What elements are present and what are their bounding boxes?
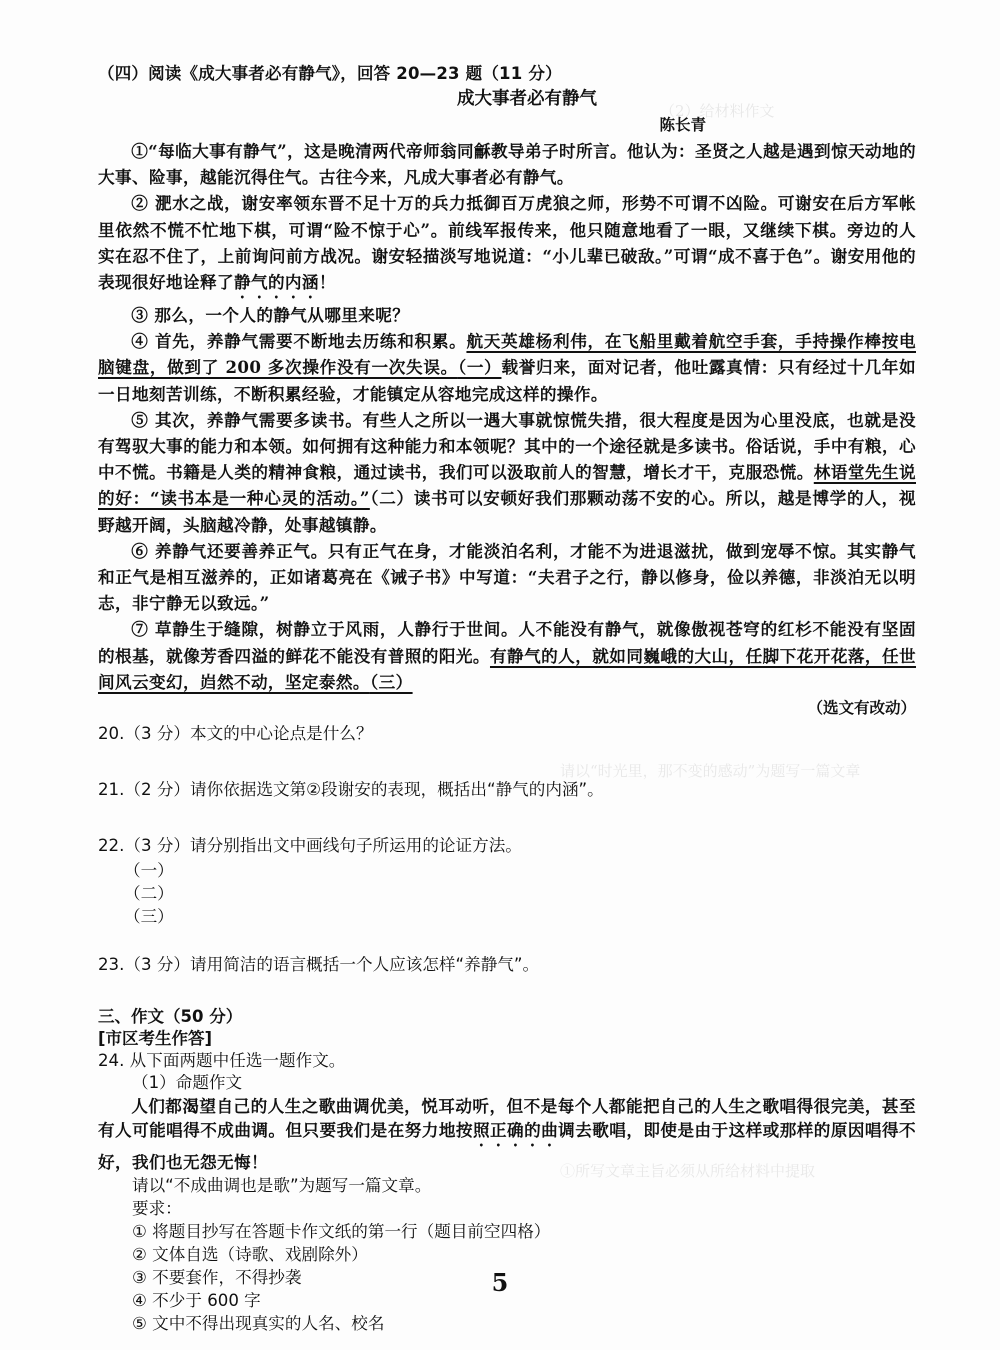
article-paragraph-7: ⑦ 草静生于缝隙，树静立于风雨，人静行于世间。人不能没有静气，就像傲视苍穹的红杉… (98, 616, 916, 695)
article-paragraph-3: ③ 那么，一个人的静气从哪里来呢？ (98, 302, 916, 328)
exam-page: （2）给材料作文 请以“时光里，那不变的感动”为题写一篇文章 ①所写文章主旨必须… (0, 0, 1000, 1350)
question-22-blank-1: （一） (124, 859, 916, 882)
article-title: 成大事者必有静气 (98, 86, 916, 112)
article-author: 陈长青 (98, 112, 916, 138)
blank-marker-3: （三） (370, 672, 413, 692)
article-paragraph-4: ④ 首先，养静气需要不断地去历练和积累。航天英雄杨利伟，在飞船里戴着航空手套，手… (98, 328, 916, 407)
essay-audience: [市区考生作答] (98, 1028, 916, 1050)
requirement-5: ⑤ 文中不得出现真实的人名、校名 (132, 1312, 916, 1335)
article-paragraph-5: ⑤ 其次，养静气需要多读书。有些人之所以一遇大事就惊慌失措，很大程度是因为心里没… (98, 407, 916, 538)
question-22-blank-3: （三） (124, 905, 916, 928)
question-22: 22.（3 分）请分别指出文中画线句子所运用的论证方法。 (98, 833, 916, 859)
article-paragraph-1: ①“每临大事有静气”，这是晚清两代帝师翁同龢教导弟子时所言。他认为：圣贤之人越是… (98, 138, 916, 190)
emphasized-phrase: 静气的内涵 (234, 272, 319, 292)
paragraph-text: ④ 首先，养静气需要不断地去历练和积累。 (131, 331, 466, 351)
answer-space (98, 803, 916, 833)
reading-section-heading: （四）阅读《成大事者必有静气》，回答 20—23 题（11 分） (98, 62, 916, 86)
paragraph-text: ⑤ 其次，养静气需要多读书。有些人之所以一遇大事就惊慌失措，很大程度是因为心里没… (98, 410, 916, 482)
question-21: 21.（2 分）请你依据选文第②段谢安的表现，概括出“静气的内涵”。 (98, 777, 916, 803)
essay-option-1-label: （1）命题作文 (132, 1072, 916, 1094)
article-paragraph-2: ② 淝水之战，谢安率领东晋不足十万的兵力抵御百万虎狼之师，形势不可谓不凶险。可谢… (98, 190, 916, 302)
answer-space (98, 747, 916, 777)
emphasized-phrase: 照正确的曲 (473, 1120, 558, 1140)
requirements-label: 要求： (132, 1197, 916, 1220)
blank-marker-2: （二） (370, 488, 414, 508)
paragraph-text: ② 淝水之战，谢安率领东晋不足十万的兵力抵御百万虎狼之师，形势不可谓不凶险。可谢… (98, 193, 916, 292)
essay-prompt: 人们都渴望自己的人生之歌曲调优美，悦耳动听，但不是每个人都能把自己的人生之歌唱得… (98, 1094, 916, 1174)
essay-instruction: 请以“不成曲调也是歌”为题写一篇文章。 (132, 1174, 916, 1197)
adaptation-note: （选文有改动） (98, 695, 916, 721)
exam-content: （四）阅读《成大事者必有静气》，回答 20—23 题（11 分） 成大事者必有静… (98, 62, 916, 1335)
article-paragraph-6: ⑥ 养静气还要善养正气。只有正气在身，才能淡泊名利，才能不为进退滋扰，做到宠辱不… (98, 538, 916, 617)
answer-space (98, 928, 916, 952)
blank-marker-1: （一） (458, 357, 502, 377)
requirement-2: ② 文体自选（诗歌、戏剧除外） (132, 1243, 916, 1266)
essay-section-title: 三、作文（50 分） (98, 1006, 916, 1028)
paragraph-text: ！ (319, 272, 336, 292)
question-22-blank-2: （二） (124, 882, 916, 905)
requirement-1: ① 将题目抄写在答题卡作文纸的第一行（题目前空四格） (132, 1220, 916, 1243)
question-20: 20.（3 分）本文的中心论点是什么？ (98, 721, 916, 747)
page-number: 5 (0, 1268, 1000, 1297)
question-24: 24. 从下面两题中任选一题作文。 (98, 1050, 916, 1072)
answer-space (98, 978, 916, 1006)
question-23: 23.（3 分）请用简洁的语言概括一个人应该怎样“养静气”。 (98, 952, 916, 978)
